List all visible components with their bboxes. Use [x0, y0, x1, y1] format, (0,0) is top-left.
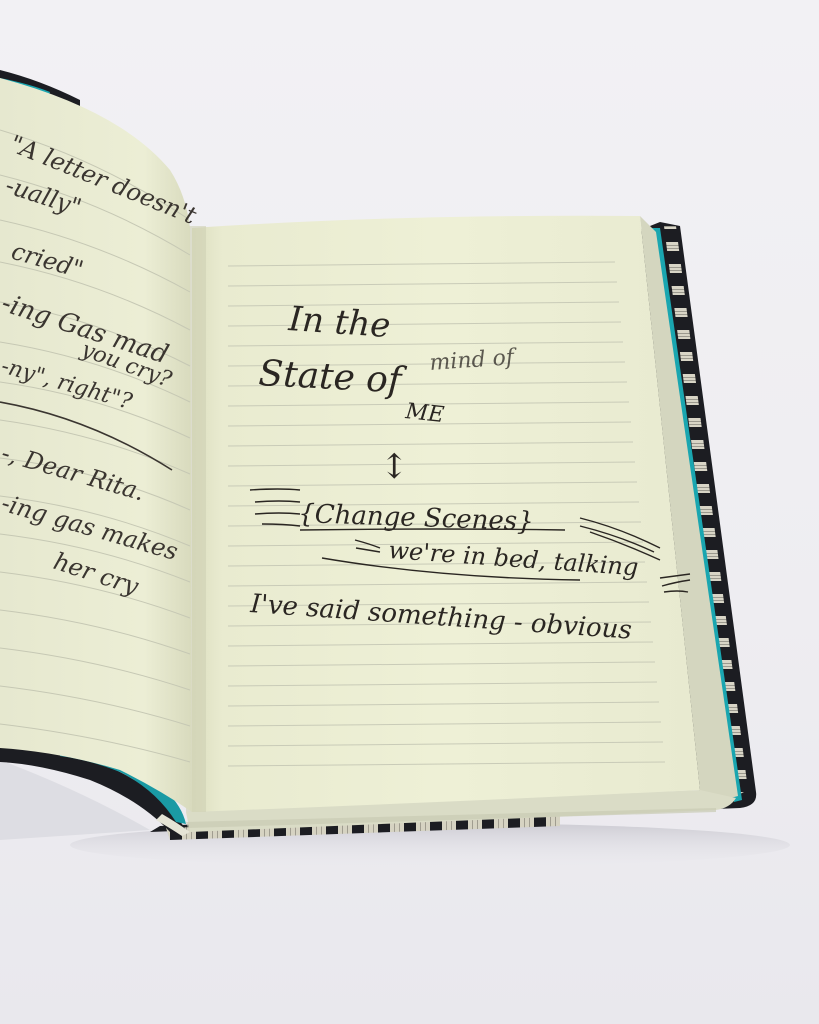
- handwriting-line: State of: [258, 353, 408, 402]
- handwriting-line: ME: [403, 399, 445, 428]
- notebook-photo: In the State of mind of ME ↕ {Change Sce…: [0, 0, 819, 1024]
- handwriting-line: In the: [286, 299, 391, 346]
- arrow-icon: ↕: [380, 447, 409, 487]
- notebook-illustration: In the State of mind of ME ↕ {Change Sce…: [0, 0, 819, 1024]
